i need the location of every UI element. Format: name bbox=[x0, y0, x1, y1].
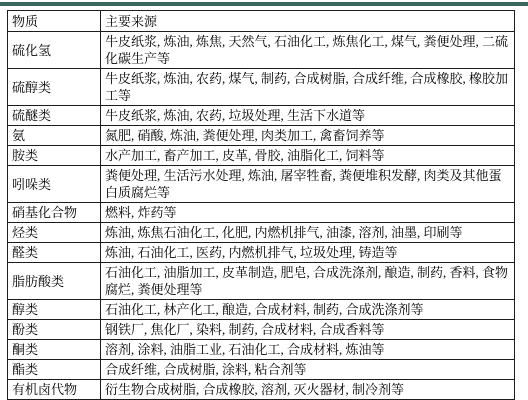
table-row: 醛类 炼油, 石油化工, 医药, 内燃机排气, 垃圾处理, 铸造等 bbox=[8, 243, 515, 263]
sources-cell: 牛皮纸浆, 炼油, 农药, 垃圾处理, 生活下水道等 bbox=[101, 106, 515, 126]
sources-cell: 石油化工, 油脂加工, 皮革制造, 肥皂, 合成洗涤剂, 酿造, 制药, 香料,… bbox=[101, 263, 515, 300]
sources-cell: 氮肥, 硝酸, 炼油, 粪便处理, 肉类加工, 禽畜饲养等 bbox=[101, 126, 515, 146]
table-row: 硫化氢 牛皮纸浆, 炼油, 炼焦, 天然气, 石油化工, 炼焦化工, 煤气, 粪… bbox=[8, 32, 515, 69]
substance-cell: 酯类 bbox=[8, 360, 101, 380]
substance-cell: 脂肪酸类 bbox=[8, 263, 101, 300]
column-header-sources: 主要来源 bbox=[101, 11, 515, 32]
table-row: 醇类 石油化工, 林产化工, 酿造, 合成材料, 制药, 合成洗涤剂等 bbox=[8, 300, 515, 320]
sources-cell: 牛皮纸浆, 炼油, 农药, 煤气, 制药, 合成树脂, 合成纤维, 合成橡胶, … bbox=[101, 69, 515, 106]
sources-cell: 衍生物合成树脂, 合成橡胶, 溶剂, 灭火器材, 制冷剂等 bbox=[101, 380, 515, 389]
table-row: 硫醇类 牛皮纸浆, 炼油, 农药, 煤气, 制药, 合成树脂, 合成纤维, 合成… bbox=[8, 69, 515, 106]
substance-cell: 硫醚类 bbox=[8, 106, 101, 126]
substance-cell: 酚类 bbox=[8, 320, 101, 340]
substance-cell: 氨 bbox=[8, 126, 101, 146]
sources-cell: 溶剂, 涂料, 油脂工业, 石油化工, 合成材料, 炼油等 bbox=[101, 340, 515, 360]
table-row: 酮类 溶剂, 涂料, 油脂工业, 石油化工, 合成材料, 炼油等 bbox=[8, 340, 515, 360]
sources-cell: 燃料, 炸药等 bbox=[101, 203, 515, 223]
column-header-substance: 物质 bbox=[8, 11, 101, 32]
accent-divider bbox=[0, 2, 528, 6]
odor-sources-table: 物质 主要来源 硫化氢 牛皮纸浆, 炼油, 炼焦, 天然气, 石油化工, 炼焦化… bbox=[7, 10, 515, 388]
substance-cell: 醛类 bbox=[8, 243, 101, 263]
sources-cell: 合成纤维, 合成树脂, 涂料, 粘合剂等 bbox=[101, 360, 515, 380]
sources-cell: 牛皮纸浆, 炼油, 炼焦, 天然气, 石油化工, 炼焦化工, 煤气, 粪便处理,… bbox=[101, 32, 515, 69]
substance-cell: 吲哚类 bbox=[8, 166, 101, 203]
table-row: 硝基化合物 燃料, 炸药等 bbox=[8, 203, 515, 223]
table-row: 有机卤代物 衍生物合成树脂, 合成橡胶, 溶剂, 灭火器材, 制冷剂等 bbox=[8, 380, 515, 389]
table-row: 脂肪酸类 石油化工, 油脂加工, 皮革制造, 肥皂, 合成洗涤剂, 酿造, 制药… bbox=[8, 263, 515, 300]
substance-cell: 烃类 bbox=[8, 223, 101, 243]
header-row: 物质 主要来源 bbox=[8, 11, 515, 32]
table-row: 吲哚类 粪便处理, 生活污水处理, 炼油, 屠宰牲畜, 粪便堆积发酵, 肉类及其… bbox=[8, 166, 515, 203]
table-row: 酯类 合成纤维, 合成树脂, 涂料, 粘合剂等 bbox=[8, 360, 515, 380]
sources-cell: 水产加工, 畜产加工, 皮革, 骨胶, 油脂化工, 饲料等 bbox=[101, 146, 515, 166]
substance-cell: 硫醇类 bbox=[8, 69, 101, 106]
substance-cell: 酮类 bbox=[8, 340, 101, 360]
sources-cell: 钢铁厂, 焦化厂, 染料, 制药, 合成材料, 合成香料等 bbox=[101, 320, 515, 340]
sources-cell: 粪便处理, 生活污水处理, 炼油, 屠宰牲畜, 粪便堆积发酵, 肉类及其他蛋白质… bbox=[101, 166, 515, 203]
sources-cell: 炼油, 石油化工, 医药, 内燃机排气, 垃圾处理, 铸造等 bbox=[101, 243, 515, 263]
table-row: 硫醚类 牛皮纸浆, 炼油, 农药, 垃圾处理, 生活下水道等 bbox=[8, 106, 515, 126]
substance-cell: 胺类 bbox=[8, 146, 101, 166]
substance-cell: 硝基化合物 bbox=[8, 203, 101, 223]
table-row: 氨 氮肥, 硝酸, 炼油, 粪便处理, 肉类加工, 禽畜饲养等 bbox=[8, 126, 515, 146]
sources-cell: 炼油, 炼焦石油化工, 化肥, 内燃机排气, 油漆, 溶剂, 油墨, 印刷等 bbox=[101, 223, 515, 243]
table-row: 酚类 钢铁厂, 焦化厂, 染料, 制药, 合成材料, 合成香料等 bbox=[8, 320, 515, 340]
substance-cell: 硫化氢 bbox=[8, 32, 101, 69]
table-row: 胺类 水产加工, 畜产加工, 皮革, 骨胶, 油脂化工, 饲料等 bbox=[8, 146, 515, 166]
sources-cell: 石油化工, 林产化工, 酿造, 合成材料, 制药, 合成洗涤剂等 bbox=[101, 300, 515, 320]
substance-cell: 醇类 bbox=[8, 300, 101, 320]
table-row: 烃类 炼油, 炼焦石油化工, 化肥, 内燃机排气, 油漆, 溶剂, 油墨, 印刷… bbox=[8, 223, 515, 243]
substance-cell: 有机卤代物 bbox=[8, 380, 101, 389]
